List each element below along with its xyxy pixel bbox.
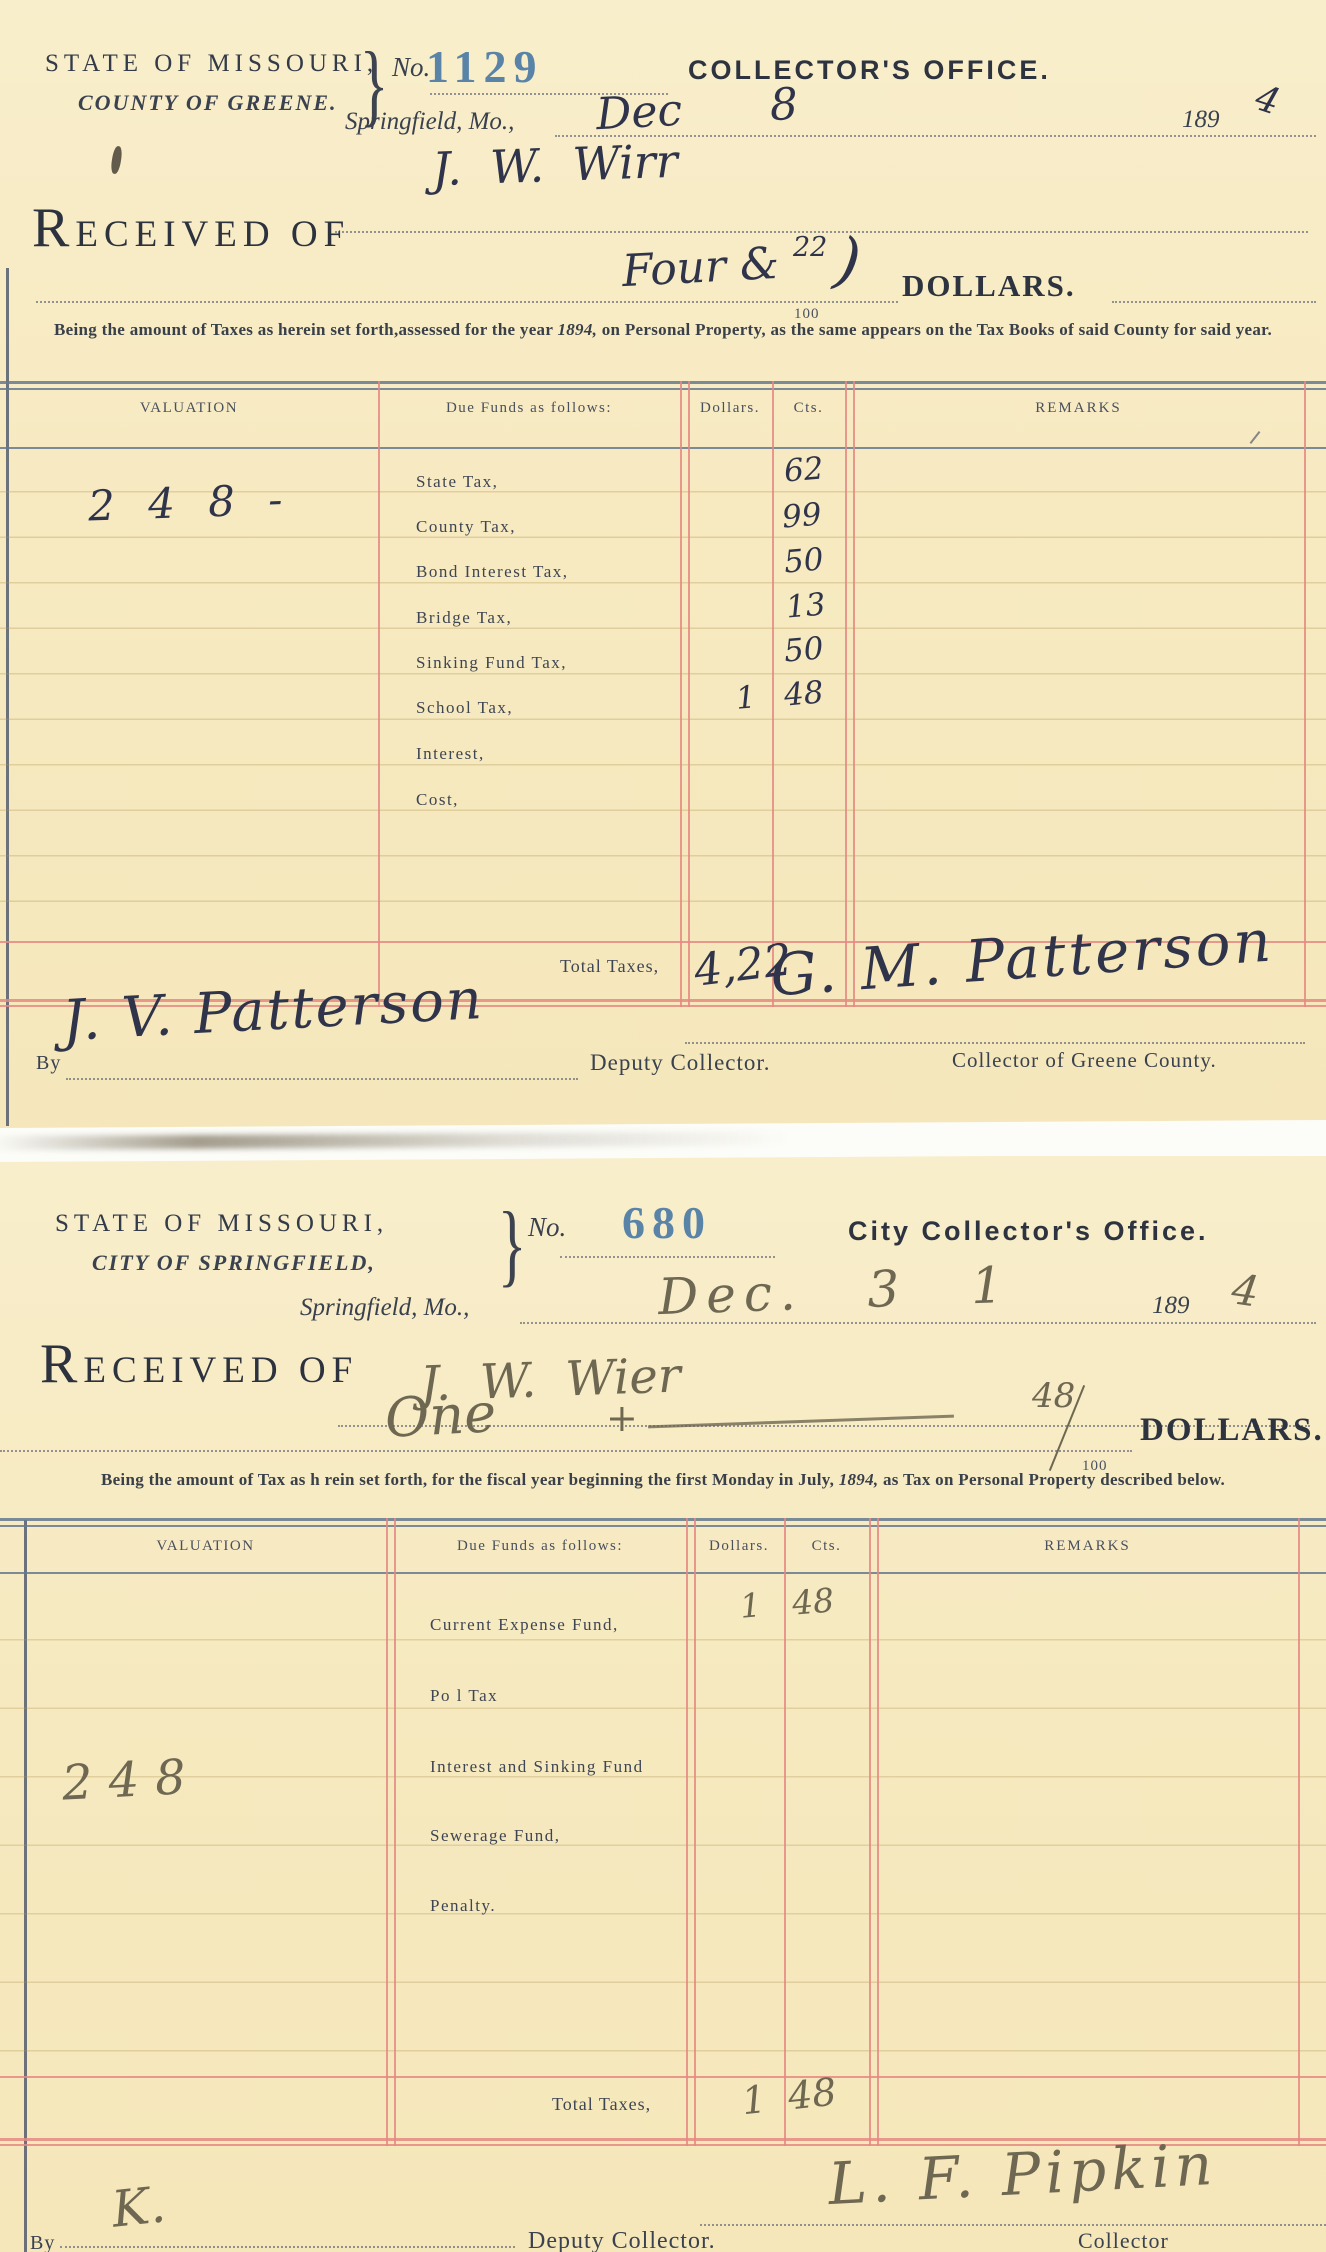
received-of-label: RECEIVED OF	[32, 196, 350, 260]
received-of-initial: R	[40, 1333, 83, 1395]
row-label: Interest and Sinking Fund	[430, 1757, 644, 1777]
row-label: Po l Tax	[430, 1686, 498, 1706]
deputy-signature: K.	[109, 2175, 168, 2238]
col-due-funds: Due Funds as follows:	[378, 400, 680, 417]
column-rule	[688, 381, 690, 1007]
state-heading: STATE OF MISSOURI,	[45, 50, 378, 78]
year-printed: 189	[1182, 106, 1220, 134]
total-dollars-handwritten: 1	[740, 2077, 769, 2123]
amount-words-handwritten: Four &	[621, 238, 781, 297]
column-rule	[869, 1518, 871, 2146]
statement-year: 1894,	[839, 1470, 879, 1489]
statement-part1: Being the amount of Tax as h rein set fo…	[101, 1470, 839, 1489]
statement-part1: Being the amount of Taxes as herein set …	[54, 320, 557, 339]
total-label: Total Taxes,	[560, 956, 659, 977]
deputy-title: Deputy Collector.	[590, 1050, 771, 1076]
amount-plus-handwritten: +	[606, 1396, 638, 1440]
column-rule	[386, 1518, 388, 2146]
date-handwritten: Dec. 3 1	[657, 1256, 1012, 1326]
city-heading: CITY OF SPRINGFIELD,	[92, 1250, 376, 1276]
row-label: Interest,	[416, 744, 485, 764]
seam-shadow	[0, 1130, 932, 1150]
table-top-line2	[0, 1525, 1326, 1527]
received-of-rest: ECEIVED OF	[75, 214, 350, 255]
cents-handwritten: 48	[1032, 1376, 1075, 1416]
row-label: Sinking Fund Tax,	[416, 653, 567, 673]
deputy-title: Deputy Collector.	[528, 2228, 716, 2252]
scanned-tax-receipts: STATE OF MISSOURI, COUNTY OF GREENE. } N…	[0, 0, 1326, 2252]
receipt-number-stamp: 1129	[426, 40, 543, 93]
office-title: City Collector's Office.	[848, 1216, 1208, 1247]
table-top-line2	[0, 388, 1326, 390]
row-cts: 99	[781, 496, 823, 535]
margin-rule	[1304, 381, 1306, 1007]
by-label: By	[36, 1052, 61, 1075]
table-top-line	[0, 381, 1326, 384]
date-handwritten: Dec 8	[595, 79, 799, 140]
row-dollars: 1	[738, 1585, 762, 1626]
column-rule	[853, 381, 855, 1007]
col-cts: Cts.	[784, 1538, 869, 1555]
dotted-rule	[1112, 301, 1316, 303]
received-of-initial: R	[32, 197, 75, 259]
row-cts: 50	[783, 541, 825, 580]
dotted-rule	[560, 1256, 775, 1258]
collector-title: Collector	[1078, 2228, 1169, 2252]
row-label: Current Expense Fund,	[430, 1615, 619, 1635]
county-heading: COUNTY OF GREENE.	[78, 90, 338, 116]
year-printed: 189	[1152, 1292, 1190, 1320]
row-cts: 50	[783, 630, 825, 669]
by-label: By	[30, 2232, 55, 2252]
row-label: Penalty.	[430, 1896, 496, 1916]
col-valuation: VALUATION	[0, 400, 378, 417]
valuation-handwritten: 2 4 8 -	[87, 474, 293, 530]
column-rule	[772, 381, 774, 1007]
no-label: No.	[528, 1212, 566, 1243]
dotted-rule	[700, 2224, 1326, 2226]
statement-text: Being the amount of Tax as h rein set fo…	[20, 1466, 1306, 1493]
received-of-rest: ECEIVED OF	[83, 1350, 358, 1391]
column-rule	[877, 1518, 879, 2146]
column-rule	[694, 1518, 696, 2146]
col-remarks: REMARKS	[877, 1538, 1298, 1555]
dollars-label: DOLLARS.	[1140, 1412, 1324, 1449]
dotted-rule	[60, 2246, 515, 2248]
column-rule	[686, 1518, 688, 2146]
receipt-number-stamp: 680	[622, 1196, 712, 1249]
row-cts: 62	[783, 450, 825, 489]
row-label: School Tax,	[416, 698, 513, 718]
payer-handwritten: J. W. Wirr	[431, 134, 679, 197]
margin-rule	[1298, 1518, 1300, 2146]
total-row-top-line	[0, 2076, 1326, 2078]
row-label: State Tax,	[416, 472, 498, 492]
column-rule	[378, 381, 380, 1007]
column-rule	[394, 1518, 396, 2146]
statement-text: Being the amount of Taxes as herein set …	[20, 316, 1306, 343]
dotted-rule	[36, 301, 898, 303]
col-valuation: VALUATION	[25, 1538, 386, 1555]
received-of-label: RECEIVED OF	[40, 1332, 358, 1396]
place-label: Springfield, Mo.,	[300, 1294, 469, 1322]
row-label: Bond Interest Tax,	[416, 562, 569, 582]
column-rule	[845, 381, 847, 1007]
statement-year: 1894,	[557, 320, 597, 339]
dotted-rule	[66, 1078, 578, 1080]
row-cts: 48	[783, 674, 825, 713]
column-rule	[784, 1518, 786, 2146]
brace-glyph: }	[498, 1202, 527, 1287]
row-dollars: 1	[734, 679, 757, 717]
col-due-funds: Due Funds as follows:	[394, 1538, 686, 1555]
col-cts: Cts.	[772, 400, 845, 417]
row-label: County Tax,	[416, 517, 516, 537]
column-rule	[680, 381, 682, 1007]
statement-part2: as Tax on Personal Property described be…	[878, 1470, 1225, 1489]
statement-part2: on Personal Property, as the same appear…	[597, 320, 1272, 339]
dotted-rule	[0, 1450, 1132, 1452]
total-cts-handwritten: 48	[786, 2070, 839, 2119]
place-label: Springfield, Mo.,	[345, 108, 514, 136]
col-remarks: REMARKS	[853, 400, 1304, 417]
dotted-rule	[520, 1322, 1316, 1324]
row-label: Cost,	[416, 790, 459, 810]
row-cts: 48	[790, 1580, 835, 1623]
dotted-rule	[685, 1042, 1305, 1044]
faint-ruled-lines	[0, 1572, 1326, 2076]
table-top-line	[0, 1518, 1326, 1521]
row-label: Sewerage Fund,	[430, 1826, 561, 1846]
row-cts: 13	[785, 586, 827, 625]
collector-title: Collector of Greene County.	[952, 1048, 1217, 1073]
amount-words-handwritten: One	[383, 1381, 497, 1450]
valuation-handwritten: 248	[61, 1748, 203, 1811]
total-label: Total Taxes,	[552, 2094, 651, 2115]
row-label: Bridge Tax,	[416, 608, 512, 628]
no-label: No.	[392, 52, 430, 83]
dollars-label: DOLLARS.	[902, 268, 1076, 304]
state-heading: STATE OF MISSOURI,	[55, 1210, 388, 1238]
col-dollars: Dollars.	[688, 400, 772, 417]
cents-handwritten: 22	[793, 232, 827, 263]
col-dollars: Dollars.	[694, 1538, 784, 1555]
